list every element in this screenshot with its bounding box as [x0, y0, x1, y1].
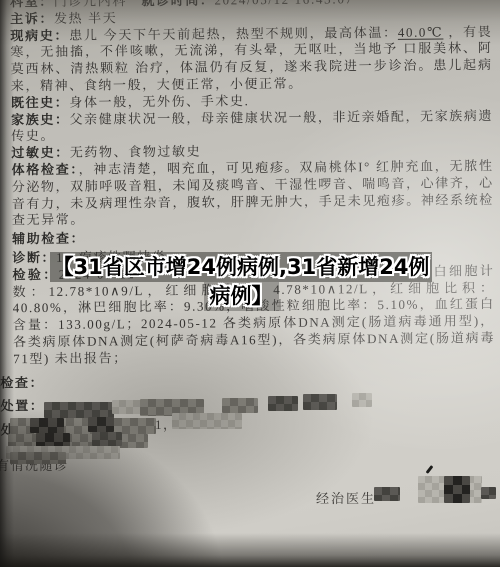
- signature-redaction: [444, 476, 470, 503]
- headline-caption: 【31省区市增24例病例,31省新增24例 病例】: [50, 252, 432, 311]
- signature-redaction: [374, 487, 400, 501]
- document-text: 科室：门诊儿内科 就诊时间：2024/05/12 16:43:07 主诉：发热 …: [0, 0, 500, 439]
- redaction-block: [303, 394, 337, 410]
- visit-time-value: 2024/05/12 16:43:07: [214, 0, 353, 7]
- redaction-block: [352, 393, 372, 407]
- line-physical-exam: 体格检查：，神志清楚，咽充血，可见疱疹。双扁桃体I° 红肿充血，无脓性分泌物，双…: [11, 158, 494, 229]
- dept-label: 科室：: [10, 0, 54, 9]
- redaction-block: [222, 398, 258, 413]
- line-checks: 检查：: [0, 371, 495, 392]
- line-aux-exam: 辅助检查：: [12, 227, 494, 248]
- signature-redaction: [481, 487, 496, 499]
- redaction-block: [172, 413, 242, 429]
- redaction-block: [112, 400, 142, 414]
- redaction-block: [88, 417, 114, 432]
- medical-record-photo: 科室：门诊儿内科 就诊时间：2024/05/12 16:43:07 主诉：发热 …: [0, 0, 500, 567]
- doctor-label: 经治医生: [316, 488, 376, 507]
- headline-line1: 【31省区市增24例病例,31省新增24例: [50, 252, 432, 282]
- redaction-block: [30, 418, 64, 433]
- visit-time-label: 就诊时间：: [141, 0, 214, 8]
- redaction-block: [44, 402, 114, 418]
- redaction-block: [92, 432, 122, 446]
- pen-mark: [426, 465, 434, 474]
- redaction-block: [36, 433, 70, 447]
- redaction-block: [268, 396, 298, 411]
- max-temperature: 40.0℃: [398, 24, 444, 39]
- redaction-block: [10, 452, 66, 464]
- line-family-history: 家族史：父亲健康状况一般，母亲健康状况一般，非近亲婚配，无家族病遗传史。: [11, 108, 493, 146]
- line-present-illness: 现病史：患儿 今天下午天前起热，热型不规则，最高体温：40.0℃ ，有畏寒，无抽…: [10, 24, 493, 95]
- dept-value: 门诊儿内科: [54, 0, 127, 9]
- headline-line2: 病例】: [204, 282, 279, 311]
